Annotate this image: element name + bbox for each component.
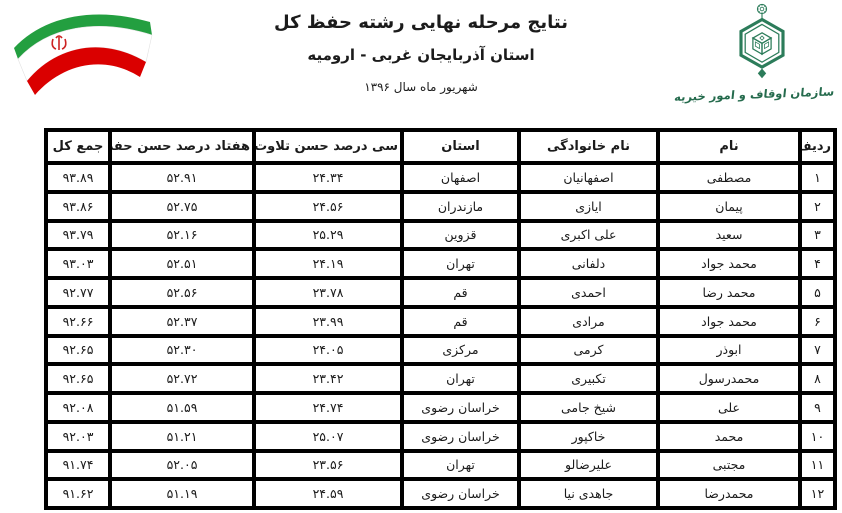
cell-total: ۹۱.۷۴ [46, 451, 110, 480]
col-header-radif: ردیف [800, 130, 835, 163]
cell-telavat: ۲۴.۷۴ [254, 393, 402, 422]
results-sheet: نتایج مرحله نهایی رشته حفظ کل استان آذرب… [0, 0, 842, 513]
cell-telavat: ۲۴.۱۹ [254, 249, 402, 278]
cell-radif: ۲ [800, 192, 835, 221]
cell-province: اصفهان [402, 163, 519, 192]
cell-name: علی [658, 393, 800, 422]
cell-radif: ۵ [800, 278, 835, 307]
cell-province: تهران [402, 451, 519, 480]
table-row: ۱مصطفیاصفهانیاناصفهان۲۴.۳۴۵۲.۹۱۹۳.۸۹ [46, 163, 835, 192]
cell-family: اصفهانیان [519, 163, 658, 192]
cell-family: کرمی [519, 336, 658, 365]
cell-hefz: ۵۲.۰۵ [110, 451, 254, 480]
cell-hefz: ۵۲.۹۱ [110, 163, 254, 192]
awqaf-logo: سازمان اوقاف و امور خیریه [689, 2, 834, 101]
cell-name: محمد جواد [658, 249, 800, 278]
cell-province: قزوین [402, 221, 519, 250]
cell-radif: ۷ [800, 336, 835, 365]
table-row: ۷ابوذرکرمیمرکزی۲۴.۰۵۵۲.۳۰۹۲.۶۵ [46, 336, 835, 365]
cell-province: قم [402, 307, 519, 336]
table-header-row: ردیف نام نام خانوادگی استان سی درصد حسن … [46, 130, 835, 163]
cell-radif: ۳ [800, 221, 835, 250]
cell-name: محمد [658, 422, 800, 451]
col-header-family: نام خانوادگی [519, 130, 658, 163]
cell-telavat: ۲۴.۰۵ [254, 336, 402, 365]
cell-name: محمد جواد [658, 307, 800, 336]
cell-hefz: ۵۲.۱۶ [110, 221, 254, 250]
table-row: ۴محمد جواددلفانیتهران۲۴.۱۹۵۲.۵۱۹۳.۰۳ [46, 249, 835, 278]
cell-telavat: ۲۴.۵۶ [254, 192, 402, 221]
cell-family: علیرضالو [519, 451, 658, 480]
col-header-hefz: هفتاد درصد حسن حفظ [110, 130, 254, 163]
table-row: ۳سعیدعلی اکبریقزوین۲۵.۲۹۵۲.۱۶۹۳.۷۹ [46, 221, 835, 250]
cell-province: تهران [402, 364, 519, 393]
cell-telavat: ۲۵.۰۷ [254, 422, 402, 451]
cell-province: مرکزی [402, 336, 519, 365]
cell-radif: ۱۰ [800, 422, 835, 451]
table-row: ۸محمدرسولتکبیریتهران۲۳.۴۲۵۲.۷۲۹۲.۶۵ [46, 364, 835, 393]
cell-telavat: ۲۳.۹۹ [254, 307, 402, 336]
cell-total: ۹۲.۰۳ [46, 422, 110, 451]
cell-total: ۹۲.۰۸ [46, 393, 110, 422]
cell-province: خراسان رضوی [402, 479, 519, 508]
cell-total: ۹۲.۶۵ [46, 336, 110, 365]
cell-family: علی اکبری [519, 221, 658, 250]
table-row: ۶محمد جوادمرادیقم۲۳.۹۹۵۲.۳۷۹۲.۶۶ [46, 307, 835, 336]
cell-total: ۹۳.۸۶ [46, 192, 110, 221]
cell-total: ۹۲.۷۷ [46, 278, 110, 307]
cell-family: خاکپور [519, 422, 658, 451]
results-table-body: ۱مصطفیاصفهانیاناصفهان۲۴.۳۴۵۲.۹۱۹۳.۸۹۲پیم… [46, 163, 835, 508]
results-table-wrap: ردیف نام نام خانوادگی استان سی درصد حسن … [44, 128, 833, 510]
cell-name: ابوذر [658, 336, 800, 365]
cell-family: ایازی [519, 192, 658, 221]
cell-name: محمدرسول [658, 364, 800, 393]
cell-total: ۹۱.۶۲ [46, 479, 110, 508]
cell-family: جاهدی نیا [519, 479, 658, 508]
cell-province: مازندران [402, 192, 519, 221]
cell-hefz: ۵۲.۵۱ [110, 249, 254, 278]
awqaf-logo-icon [720, 2, 804, 86]
cell-province: خراسان رضوی [402, 393, 519, 422]
cell-radif: ۸ [800, 364, 835, 393]
cell-total: ۹۳.۰۳ [46, 249, 110, 278]
awqaf-logo-caption: سازمان اوقاف و امور خیریه [688, 84, 835, 103]
cell-province: قم [402, 278, 519, 307]
cell-hefz: ۵۲.۷۲ [110, 364, 254, 393]
table-row: ۲پیمانایازیمازندران۲۴.۵۶۵۲.۷۵۹۳.۸۶ [46, 192, 835, 221]
cell-telavat: ۲۴.۵۹ [254, 479, 402, 508]
table-row: ۹علیشیخ جامیخراسان رضوی۲۴.۷۴۵۱.۵۹۹۲.۰۸ [46, 393, 835, 422]
cell-name: سعید [658, 221, 800, 250]
cell-telavat: ۲۳.۷۸ [254, 278, 402, 307]
cell-total: ۹۳.۸۹ [46, 163, 110, 192]
cell-province: تهران [402, 249, 519, 278]
cell-family: شیخ جامی [519, 393, 658, 422]
cell-family: مرادی [519, 307, 658, 336]
cell-name: مجتبی [658, 451, 800, 480]
col-header-name: نام [658, 130, 800, 163]
cell-name: مصطفی [658, 163, 800, 192]
table-row: ۱۰محمدخاکپورخراسان رضوی۲۵.۰۷۵۱.۲۱۹۲.۰۳ [46, 422, 835, 451]
cell-hefz: ۵۲.۷۵ [110, 192, 254, 221]
cell-telavat: ۲۵.۲۹ [254, 221, 402, 250]
cell-radif: ۱ [800, 163, 835, 192]
cell-family: تکبیری [519, 364, 658, 393]
cell-province: خراسان رضوی [402, 422, 519, 451]
cell-total: ۹۲.۶۵ [46, 364, 110, 393]
cell-hefz: ۵۲.۵۶ [110, 278, 254, 307]
logo-diamond [757, 69, 765, 79]
cell-hefz: ۵۱.۲۱ [110, 422, 254, 451]
cell-radif: ۱۱ [800, 451, 835, 480]
cell-telavat: ۲۴.۳۴ [254, 163, 402, 192]
cell-name: محمدرضا [658, 479, 800, 508]
cell-hefz: ۵۲.۳۰ [110, 336, 254, 365]
cell-family: احمدی [519, 278, 658, 307]
col-header-total: جمع کل [46, 130, 110, 163]
table-row: ۱۲محمدرضاجاهدی نیاخراسان رضوی۲۴.۵۹۵۱.۱۹۹… [46, 479, 835, 508]
cell-hefz: ۵۱.۱۹ [110, 479, 254, 508]
cell-radif: ۴ [800, 249, 835, 278]
cell-name: محمد رضا [658, 278, 800, 307]
cell-radif: ۹ [800, 393, 835, 422]
cell-family: دلفانی [519, 249, 658, 278]
cell-hefz: ۵۲.۳۷ [110, 307, 254, 336]
cell-name: پیمان [658, 192, 800, 221]
col-header-telavat: سی درصد حسن تلاوت [254, 130, 402, 163]
cell-radif: ۱۲ [800, 479, 835, 508]
cell-telavat: ۲۳.۵۶ [254, 451, 402, 480]
cell-total: ۹۳.۷۹ [46, 221, 110, 250]
table-row: ۵محمد رضااحمدیقم۲۳.۷۸۵۲.۵۶۹۲.۷۷ [46, 278, 835, 307]
col-header-province: استان [402, 130, 519, 163]
table-row: ۱۱مجتبیعلیرضالوتهران۲۳.۵۶۵۲.۰۵۹۱.۷۴ [46, 451, 835, 480]
cell-telavat: ۲۳.۴۲ [254, 364, 402, 393]
cell-total: ۹۲.۶۶ [46, 307, 110, 336]
cell-hefz: ۵۱.۵۹ [110, 393, 254, 422]
results-table: ردیف نام نام خانوادگی استان سی درصد حسن … [44, 128, 837, 510]
cell-radif: ۶ [800, 307, 835, 336]
